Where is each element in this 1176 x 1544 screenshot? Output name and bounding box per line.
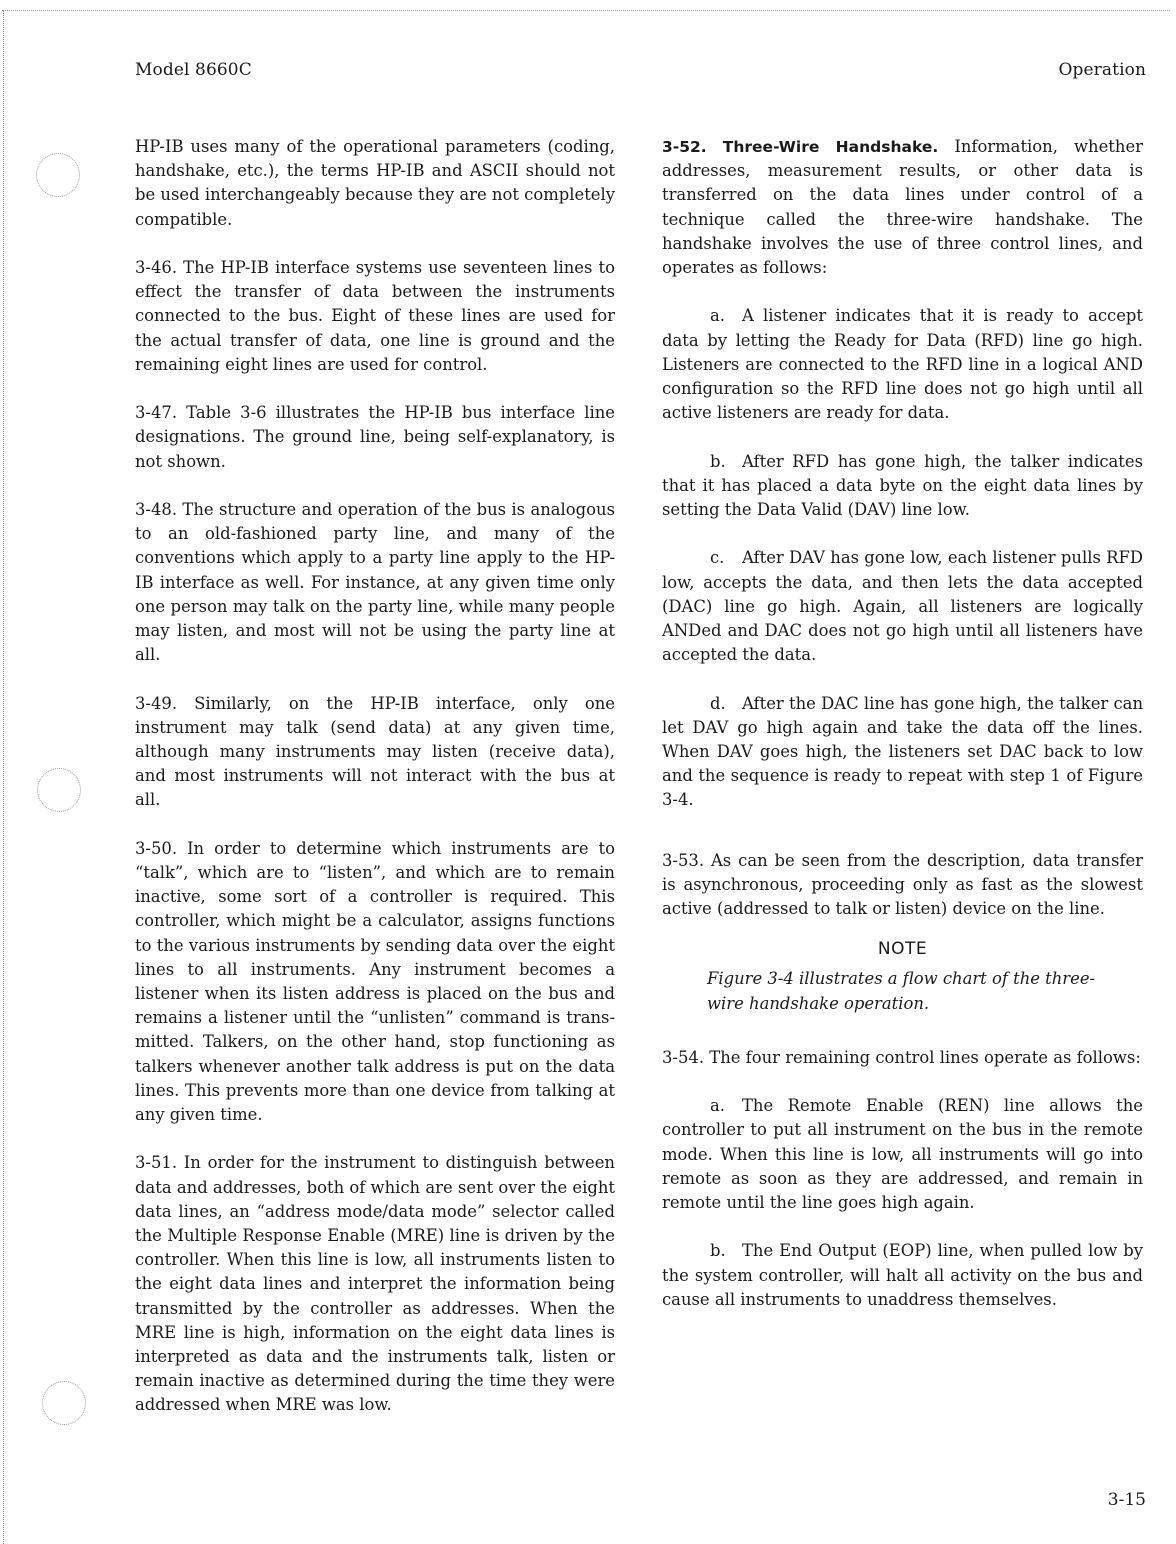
handshake-step-d: d.After the DAC line has gone high, the … xyxy=(662,692,1143,813)
paragraph-number: 3-49. xyxy=(135,694,177,713)
step-letter: b. xyxy=(710,1239,742,1263)
step-letter: d. xyxy=(710,692,742,716)
paragraph-text: HP-IB uses many of the operational param… xyxy=(135,137,615,229)
scan-border-top xyxy=(2,10,1170,11)
note-callout: NOTE Figure 3-4 illustrates a flow chart… xyxy=(662,937,1143,1016)
section-heading: Three-Wire Handshake. xyxy=(723,138,938,156)
paragraph-number: 3-53. xyxy=(662,851,704,870)
punch-hole-top xyxy=(36,153,80,197)
paragraph-number: 3-47. xyxy=(135,403,177,422)
control-line-step-a: a.The Remote Enable (REN) line allows th… xyxy=(662,1094,1143,1215)
paragraph-number: 3-51. xyxy=(135,1153,177,1172)
paragraph-text: Information, whe­ther addresses, measure… xyxy=(662,137,1143,277)
step-letter: a. xyxy=(710,304,742,328)
page-number: 3-15 xyxy=(1108,1490,1146,1510)
punch-hole-middle xyxy=(37,768,81,812)
paragraph-3-51: 3-51. In order for the instrument to dis… xyxy=(135,1151,615,1417)
step-letter: c. xyxy=(710,546,742,570)
handshake-step-a: a.A listener indicates that it is ready … xyxy=(662,304,1143,425)
paragraph-3-46: 3-46. The HP-IB interface systems use se… xyxy=(135,256,615,377)
paragraph-3-54: 3-54. The four remaining control lines o… xyxy=(662,1046,1143,1070)
paragraph-text: Table 3-6 illustrates the HP-IB bus inte… xyxy=(135,403,615,470)
paragraph-text: As can be seen from the description, dat… xyxy=(662,851,1143,918)
scan-border-left xyxy=(3,10,4,1544)
paragraph-3-47: 3-47. Table 3-6 illustrates the HP-IB bu… xyxy=(135,401,615,474)
paragraph-number: 3-48. xyxy=(135,500,177,519)
note-title: NOTE xyxy=(662,937,1143,961)
paragraph-number: 3-46. xyxy=(135,258,177,277)
right-column: 3-52. Three-Wire Handshake. Information,… xyxy=(662,135,1143,1336)
paragraph-3-52: 3-52. Three-Wire Handshake. Information,… xyxy=(662,135,1143,280)
paragraph-text: In order for the instrument to distingui… xyxy=(135,1153,615,1414)
running-header-model: Model 8660C xyxy=(135,60,252,80)
paragraph-number: 3-54. xyxy=(662,1048,704,1067)
running-header-section: Operation xyxy=(1059,60,1147,80)
paragraph-text: Similarly, on the HP-IB interface, only … xyxy=(135,694,615,810)
handshake-step-b: b.After RFD has gone high, the talker in… xyxy=(662,450,1143,523)
step-letter: b. xyxy=(710,450,742,474)
paragraph-text: The HP-IB interface systems use seventee… xyxy=(135,258,615,374)
note-text: Figure 3-4 illustrates a flow chart of t… xyxy=(662,967,1143,1015)
control-line-step-b: b.The End Output (EOP) line, when pulled… xyxy=(662,1239,1143,1312)
punch-hole-bottom xyxy=(42,1381,86,1425)
paragraph-3-53: 3-53. As can be seen from the descriptio… xyxy=(662,849,1143,922)
paragraph-3-50: 3-50. In order to determine which instru… xyxy=(135,837,615,1127)
paragraph-3-48: 3-48. The structure and operation of the… xyxy=(135,498,615,667)
paragraph-text: In order to determine which instruments … xyxy=(135,839,615,1124)
paragraph-continued: HP-IB uses many of the operational param… xyxy=(135,135,615,232)
step-letter: a. xyxy=(710,1094,742,1118)
section-number: 3-52. xyxy=(662,138,707,156)
handshake-step-c: c.After DAV has gone low, each listener … xyxy=(662,546,1143,667)
paragraph-3-49: 3-49. Similarly, on the HP-IB interface,… xyxy=(135,692,615,813)
paragraph-number: 3-50. xyxy=(135,839,177,858)
left-column: HP-IB uses many of the operational param… xyxy=(135,135,615,1442)
paragraph-text: The structure and operation of the bus i… xyxy=(135,500,615,664)
paragraph-text: The four remaining control lines operate… xyxy=(709,1048,1141,1067)
